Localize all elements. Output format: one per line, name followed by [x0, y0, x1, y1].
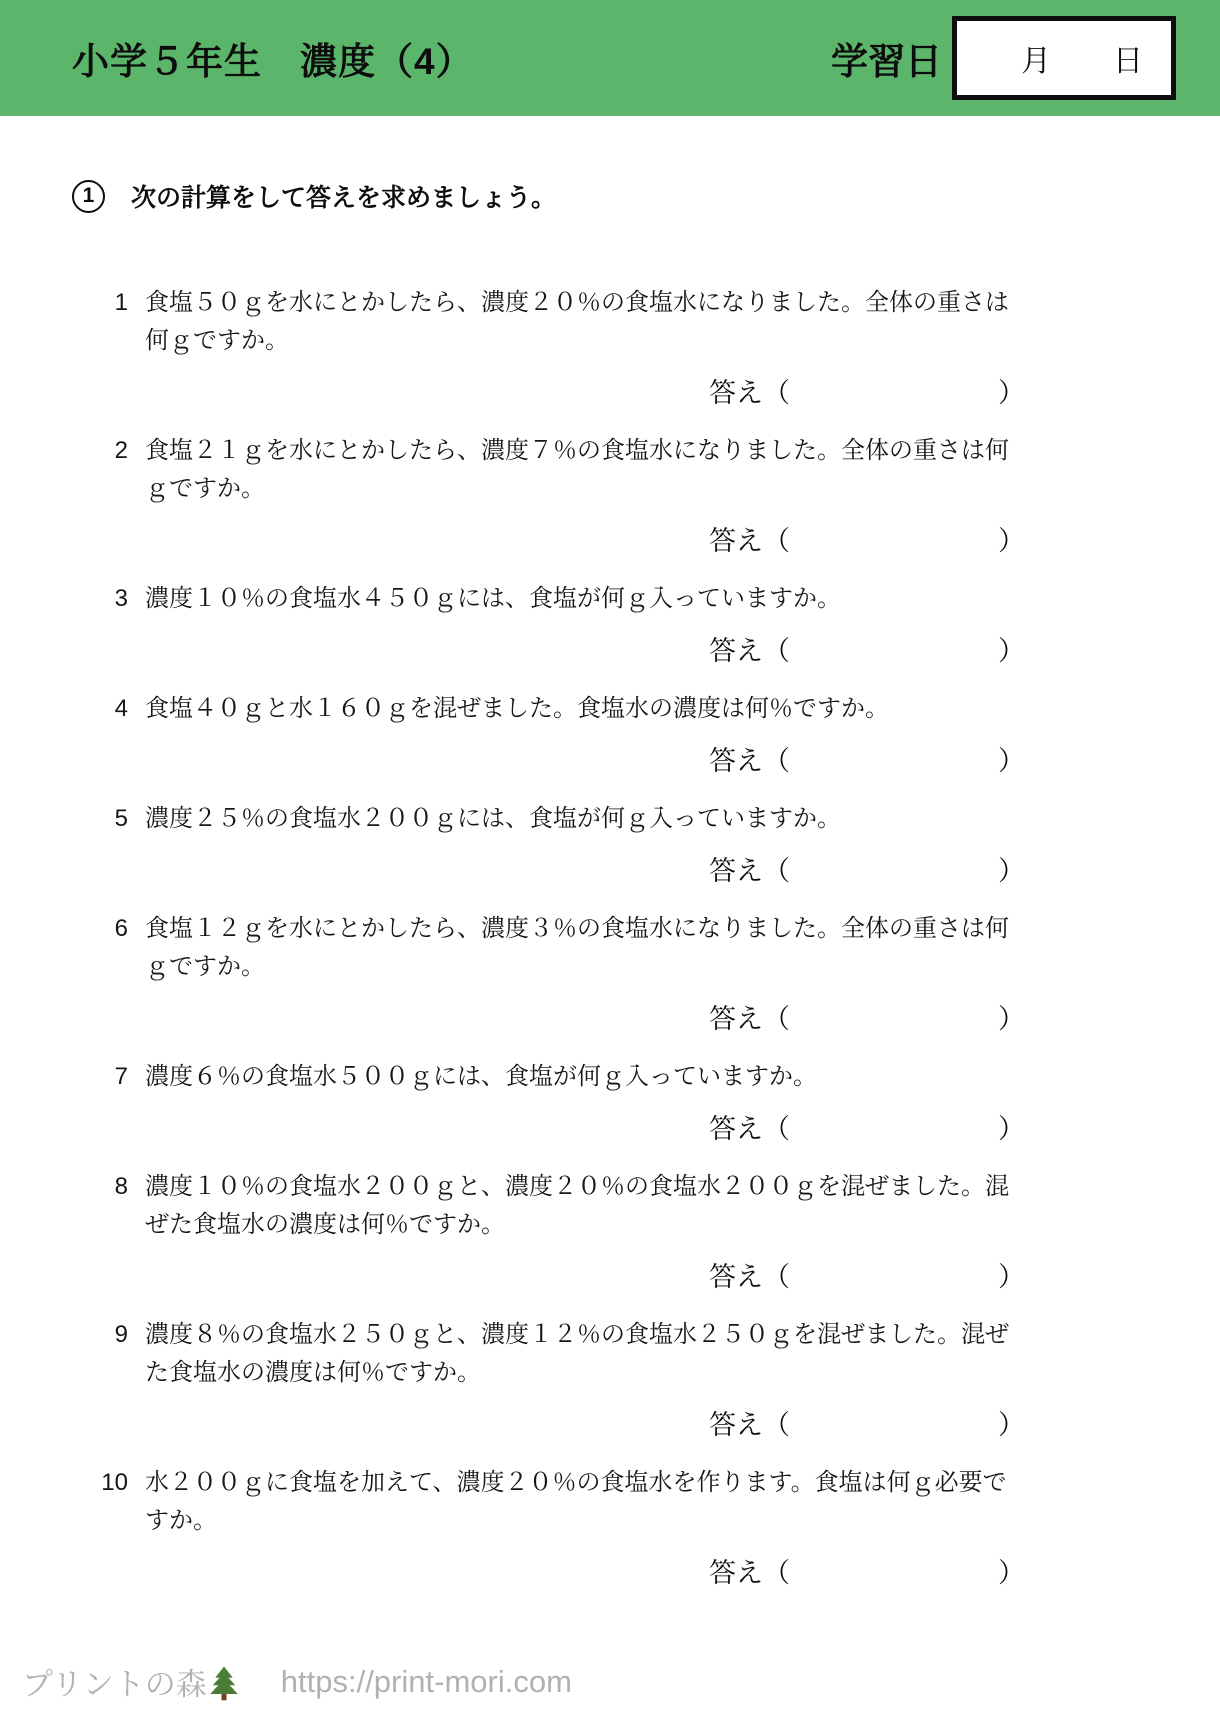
site-name: プリントの森	[22, 1659, 207, 1704]
answer-blank	[790, 648, 998, 649]
pine-tree-icon	[209, 1666, 239, 1702]
month-label: 月	[1021, 36, 1051, 80]
problem-text: 食塩４０ｇと水１６０ｇを混ぜました。食塩水の濃度は何％ですか。	[145, 690, 1025, 728]
answer-blank	[790, 868, 998, 869]
answer-blank	[790, 1016, 998, 1017]
section-instruction-row: 1 次の計算をして答えを求めましょう。	[72, 178, 1220, 214]
answer-open-paren: （	[763, 739, 790, 778]
section-instruction: 次の計算をして答えを求めましょう。	[131, 178, 556, 214]
problem-number: 3	[100, 580, 128, 618]
answer-open-paren: （	[763, 629, 790, 668]
answer-blank	[790, 1274, 998, 1275]
answer-row: 答え （ ）	[100, 738, 1025, 778]
answer-label: 答え	[709, 997, 763, 1036]
answer-open-paren: （	[763, 371, 790, 410]
answer-label: 答え	[709, 519, 763, 558]
answer-close-paren: ）	[998, 371, 1025, 410]
day-label: 日	[1113, 36, 1143, 80]
answer-close-paren: ）	[998, 1551, 1025, 1590]
page-title: 小学５年生 濃度（4）	[72, 31, 474, 85]
answer-row: 答え （ ）	[100, 370, 1025, 410]
worksheet-page: 小学５年生 濃度（4） 学習日 月 日 1 次の計算をして答えを求めましょう。 …	[0, 0, 1220, 1724]
problem-number: 7	[100, 1058, 128, 1096]
answer-close-paren: ）	[998, 1403, 1025, 1442]
problem-list: 1 食塩５０ｇを水にとかしたら、濃度２０％の食塩水になりました。全体の重さは何ｇ…	[100, 284, 1025, 1590]
answer-label: 答え	[709, 629, 763, 668]
answer-row: 答え （ ）	[100, 848, 1025, 888]
answer-open-paren: （	[763, 1403, 790, 1442]
header-bar: 小学５年生 濃度（4） 学習日 月 日	[0, 0, 1220, 116]
answer-label: 答え	[709, 849, 763, 888]
problem-text: 濃度１０％の食塩水２００ｇと、濃度２０％の食塩水２００ｇを混ぜました。混ぜた食塩…	[145, 1168, 1025, 1244]
answer-close-paren: ）	[998, 519, 1025, 558]
answer-open-paren: （	[763, 1255, 790, 1294]
problem-item: 4 食塩４０ｇと水１６０ｇを混ぜました。食塩水の濃度は何％ですか。	[100, 690, 1025, 728]
problem-number: 6	[100, 910, 128, 986]
section-number-badge: 1	[72, 180, 105, 213]
problem-item: 1 食塩５０ｇを水にとかしたら、濃度２０％の食塩水になりました。全体の重さは何ｇ…	[100, 284, 1025, 360]
answer-close-paren: ）	[998, 629, 1025, 668]
answer-row: 答え （ ）	[100, 1106, 1025, 1146]
answer-label: 答え	[709, 739, 763, 778]
answer-open-paren: （	[763, 1107, 790, 1146]
problem-number: 1	[100, 284, 128, 360]
problem-item: 9 濃度８％の食塩水２５０ｇと、濃度１２％の食塩水２５０ｇを混ぜました。混ぜた食…	[100, 1316, 1025, 1392]
answer-row: 答え （ ）	[100, 518, 1025, 558]
answer-blank	[790, 538, 998, 539]
problem-item: 5 濃度２５％の食塩水２００ｇには、食塩が何ｇ入っていますか。	[100, 800, 1025, 838]
answer-label: 答え	[709, 1551, 763, 1590]
footer: プリントの森 https://print-mori.com	[22, 1659, 572, 1704]
problem-text: 濃度１０％の食塩水４５０ｇには、食塩が何ｇ入っていますか。	[145, 580, 1025, 618]
answer-open-paren: （	[763, 1551, 790, 1590]
answer-open-paren: （	[763, 849, 790, 888]
problem-number: 9	[100, 1316, 128, 1392]
problem-item: 10 水２００ｇに食塩を加えて、濃度２０％の食塩水を作ります。食塩は何ｇ必要です…	[100, 1464, 1025, 1540]
problem-number: 10	[100, 1464, 128, 1540]
answer-row: 答え （ ）	[100, 628, 1025, 668]
answer-close-paren: ）	[998, 1107, 1025, 1146]
answer-row: 答え （ ）	[100, 1402, 1025, 1442]
problem-text: 食塩１２ｇを水にとかしたら、濃度３％の食塩水になりました。全体の重さは何ｇですか…	[145, 910, 1025, 986]
date-input-box: 月 日	[952, 16, 1176, 100]
problem-text: 食塩５０ｇを水にとかしたら、濃度２０％の食塩水になりました。全体の重さは何ｇです…	[145, 284, 1025, 360]
problem-text: 濃度２５％の食塩水２００ｇには、食塩が何ｇ入っていますか。	[145, 800, 1025, 838]
problem-item: 2 食塩２１ｇを水にとかしたら、濃度７％の食塩水になりました。全体の重さは何ｇで…	[100, 432, 1025, 508]
study-date-label: 学習日	[831, 31, 942, 85]
answer-blank	[790, 1422, 998, 1423]
site-url: https://print-mori.com	[281, 1664, 572, 1700]
problem-item: 3 濃度１０％の食塩水４５０ｇには、食塩が何ｇ入っていますか。	[100, 580, 1025, 618]
problem-item: 7 濃度６％の食塩水５００ｇには、食塩が何ｇ入っていますか。	[100, 1058, 1025, 1096]
answer-blank	[790, 390, 998, 391]
problem-item: 6 食塩１２ｇを水にとかしたら、濃度３％の食塩水になりました。全体の重さは何ｇで…	[100, 910, 1025, 986]
answer-label: 答え	[709, 1403, 763, 1442]
answer-row: 答え （ ）	[100, 1550, 1025, 1590]
answer-blank	[790, 1126, 998, 1127]
answer-open-paren: （	[763, 997, 790, 1036]
answer-label: 答え	[709, 1107, 763, 1146]
problem-text: 濃度８％の食塩水２５０ｇと、濃度１２％の食塩水２５０ｇを混ぜました。混ぜた食塩水…	[145, 1316, 1025, 1392]
problem-number: 8	[100, 1168, 128, 1244]
problem-number: 4	[100, 690, 128, 728]
problem-item: 8 濃度１０％の食塩水２００ｇと、濃度２０％の食塩水２００ｇを混ぜました。混ぜた…	[100, 1168, 1025, 1244]
answer-blank	[790, 758, 998, 759]
answer-close-paren: ）	[998, 849, 1025, 888]
answer-close-paren: ）	[998, 1255, 1025, 1294]
answer-close-paren: ）	[998, 739, 1025, 778]
answer-label: 答え	[709, 371, 763, 410]
answer-blank	[790, 1570, 998, 1571]
problem-text: 水２００ｇに食塩を加えて、濃度２０％の食塩水を作ります。食塩は何ｇ必要ですか。	[145, 1464, 1025, 1540]
answer-row: 答え （ ）	[100, 1254, 1025, 1294]
answer-open-paren: （	[763, 519, 790, 558]
answer-row: 答え （ ）	[100, 996, 1025, 1036]
problem-number: 2	[100, 432, 128, 508]
problem-text: 食塩２１ｇを水にとかしたら、濃度７％の食塩水になりました。全体の重さは何ｇですか…	[145, 432, 1025, 508]
answer-label: 答え	[709, 1255, 763, 1294]
problem-text: 濃度６％の食塩水５００ｇには、食塩が何ｇ入っていますか。	[145, 1058, 1025, 1096]
problem-number: 5	[100, 800, 128, 838]
answer-close-paren: ）	[998, 997, 1025, 1036]
